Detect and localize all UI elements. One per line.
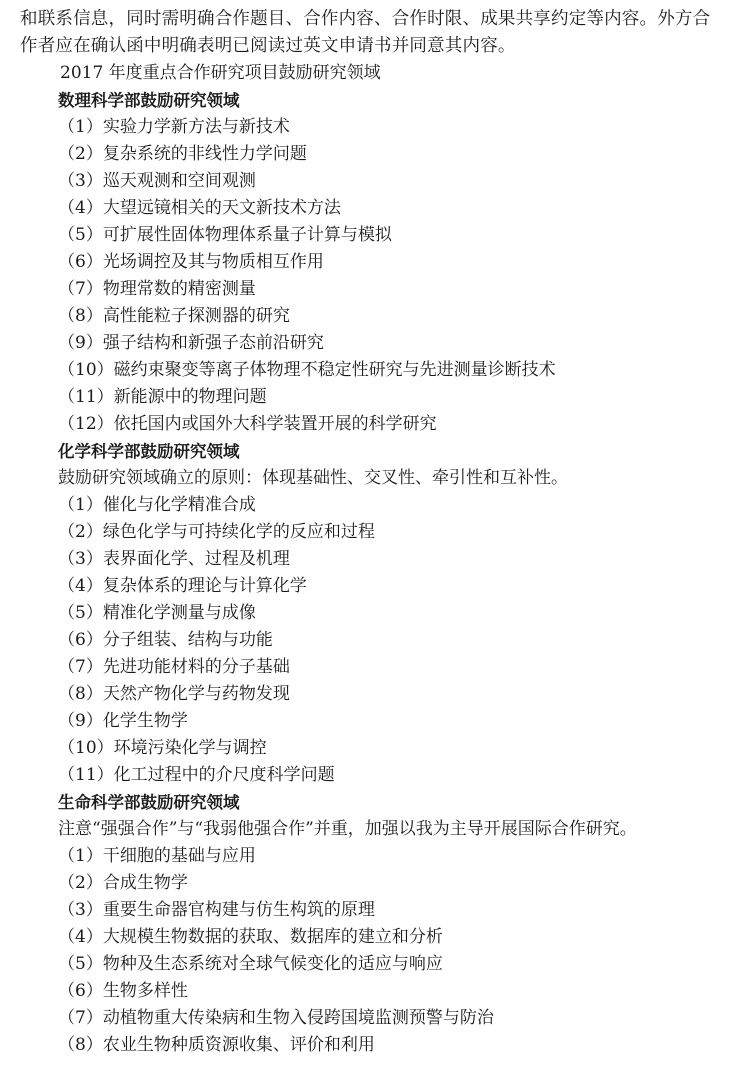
list-item: （2）合成生物学 — [58, 870, 723, 897]
item-number: （1） — [58, 114, 103, 141]
list-item: （1）干细胞的基础与应用 — [58, 843, 723, 870]
item-text: 磁约束聚变等离子体物理不稳定性研究与先进测量诊断技术 — [114, 360, 556, 380]
item-text: 环境污染化学与调控 — [114, 738, 267, 758]
item-text: 催化与化学精准合成 — [103, 495, 256, 515]
list-item: （3）重要生命器官构建与仿生构筑的原理 — [58, 897, 723, 924]
item-number: （5） — [58, 222, 103, 249]
list-item: （8）高性能粒子探测器的研究 — [58, 303, 723, 330]
item-number: （5） — [58, 600, 103, 627]
item-text: 物理常数的精密测量 — [103, 279, 256, 299]
list-item: （5）物种及生态系统对全球气候变化的适应与响应 — [58, 951, 723, 978]
item-number: （2） — [58, 870, 103, 897]
item-number: （5） — [58, 951, 103, 978]
item-number: （6） — [58, 978, 103, 1005]
intro-paragraph: 和联系信息，同时需明确合作题目、合作内容、合作时限、成果共享约定等内容。外方合作… — [20, 6, 720, 60]
item-text: 强子结构和新强子态前沿研究 — [103, 333, 324, 353]
item-text: 复杂系统的非线性力学问题 — [103, 144, 307, 164]
list-item: （11）新能源中的物理问题 — [58, 384, 723, 411]
item-number: （4） — [58, 195, 103, 222]
item-text: 光场调控及其与物质相互作用 — [103, 252, 324, 272]
item-number: （3） — [58, 546, 103, 573]
item-text: 合成生物学 — [103, 873, 188, 893]
item-number: （1） — [58, 843, 103, 870]
list-item: （7）物理常数的精密测量 — [58, 276, 723, 303]
section-chemistry: 化学科学部鼓励研究领域 鼓励研究领域确立的原则：体现基础性、交叉性、牵引性和互补… — [58, 438, 723, 789]
item-text: 精准化学测量与成像 — [103, 603, 256, 623]
item-number: （2） — [58, 141, 103, 168]
item-text: 分子组装、结构与功能 — [103, 630, 273, 650]
list-item: （3）巡天观测和空间观测 — [58, 168, 723, 195]
item-number: （10） — [58, 735, 114, 762]
list-item: （6）分子组装、结构与功能 — [58, 627, 723, 654]
item-text: 大望远镜相关的天文新技术方法 — [103, 198, 341, 218]
document-page: 和联系信息，同时需明确合作题目、合作内容、合作时限、成果共享约定等内容。外方合作… — [0, 0, 730, 1070]
item-number: （6） — [58, 627, 103, 654]
item-number: （1） — [58, 492, 103, 519]
item-text: 新能源中的物理问题 — [114, 387, 267, 407]
list-item: （6）光场调控及其与物质相互作用 — [58, 249, 723, 276]
item-text: 表界面化学、过程及机理 — [103, 549, 290, 569]
list-item: （8）农业生物种质资源收集、评价和利用 — [58, 1032, 723, 1059]
list-item: （11）化工过程中的介尺度科学问题 — [58, 762, 723, 789]
item-number: （7） — [58, 654, 103, 681]
item-number: （12） — [58, 411, 114, 438]
item-text: 绿色化学与可持续化学的反应和过程 — [103, 522, 375, 542]
item-number: （8） — [58, 681, 103, 708]
item-number: （7） — [58, 1005, 103, 1032]
item-text: 实验力学新方法与新技术 — [103, 117, 290, 137]
section-note: 鼓励研究领域确立的原则：体现基础性、交叉性、牵引性和互补性。 — [58, 465, 723, 492]
section-life-sciences: 生命科学部鼓励研究领域 注意“强强合作”与“我弱他强合作”并重，加强以我为主导开… — [58, 789, 723, 1059]
list-item: （6）生物多样性 — [58, 978, 723, 1005]
item-text: 重要生命器官构建与仿生构筑的原理 — [103, 900, 375, 920]
item-text: 巡天观测和空间观测 — [103, 171, 256, 191]
list-item: （9）强子结构和新强子态前沿研究 — [58, 330, 723, 357]
list-item: （2）绿色化学与可持续化学的反应和过程 — [58, 519, 723, 546]
item-number: （6） — [58, 249, 103, 276]
section-heading: 数理科学部鼓励研究领域 — [58, 87, 723, 114]
list-item: （1）催化与化学精准合成 — [58, 492, 723, 519]
item-number: （4） — [58, 573, 103, 600]
section-note: 注意“强强合作”与“我弱他强合作”并重，加强以我为主导开展国际合作研究。 — [58, 816, 723, 843]
list-item: （1）实验力学新方法与新技术 — [58, 114, 723, 141]
document-title: 2017 年度重点合作研究项目鼓励研究领域 — [58, 60, 723, 87]
item-number: （4） — [58, 924, 103, 951]
item-number: （8） — [58, 1032, 103, 1059]
item-text: 可扩展性固体物理体系量子计算与模拟 — [103, 225, 392, 245]
item-number: （11） — [58, 384, 114, 411]
list-item: （7）动植物重大传染病和生物入侵跨国境监测预警与防治 — [58, 1005, 723, 1032]
list-item: （3）表界面化学、过程及机理 — [58, 546, 723, 573]
item-text: 动植物重大传染病和生物入侵跨国境监测预警与防治 — [103, 1008, 494, 1028]
item-number: （7） — [58, 276, 103, 303]
list-item: （4）大规模生物数据的获取、数据库的建立和分析 — [58, 924, 723, 951]
item-text: 化工过程中的介尺度科学问题 — [114, 765, 335, 785]
list-item: （7）先进功能材料的分子基础 — [58, 654, 723, 681]
section-heading: 生命科学部鼓励研究领域 — [58, 789, 723, 816]
list-item: （2）复杂系统的非线性力学问题 — [58, 141, 723, 168]
item-number: （3） — [58, 168, 103, 195]
section-math-physics: 数理科学部鼓励研究领域 （1）实验力学新方法与新技术 （2）复杂系统的非线性力学… — [58, 87, 723, 438]
item-number: （11） — [58, 762, 114, 789]
list-item: （10）环境污染化学与调控 — [58, 735, 723, 762]
document-body: 2017 年度重点合作研究项目鼓励研究领域 数理科学部鼓励研究领域 （1）实验力… — [58, 60, 723, 1059]
item-text: 先进功能材料的分子基础 — [103, 657, 290, 677]
item-number: （9） — [58, 708, 103, 735]
item-number: （9） — [58, 330, 103, 357]
item-text: 大规模生物数据的获取、数据库的建立和分析 — [103, 927, 443, 947]
list-item: （9）化学生物学 — [58, 708, 723, 735]
list-item: （5）精准化学测量与成像 — [58, 600, 723, 627]
list-item: （5）可扩展性固体物理体系量子计算与模拟 — [58, 222, 723, 249]
item-number: （10） — [58, 357, 114, 384]
list-item: （12）依托国内或国外大科学装置开展的科学研究 — [58, 411, 723, 438]
item-text: 化学生物学 — [103, 711, 188, 731]
item-text: 干细胞的基础与应用 — [103, 846, 256, 866]
list-item: （8）天然产物化学与药物发现 — [58, 681, 723, 708]
list-item: （4）大望远镜相关的天文新技术方法 — [58, 195, 723, 222]
section-heading: 化学科学部鼓励研究领域 — [58, 438, 723, 465]
item-number: （3） — [58, 897, 103, 924]
list-item: （4）复杂体系的理论与计算化学 — [58, 573, 723, 600]
item-text: 高性能粒子探测器的研究 — [103, 306, 290, 326]
item-number: （8） — [58, 303, 103, 330]
item-text: 天然产物化学与药物发现 — [103, 684, 290, 704]
item-text: 物种及生态系统对全球气候变化的适应与响应 — [103, 954, 443, 974]
item-text: 复杂体系的理论与计算化学 — [103, 576, 307, 596]
item-number: （2） — [58, 519, 103, 546]
item-text: 农业生物种质资源收集、评价和利用 — [103, 1035, 375, 1055]
item-text: 生物多样性 — [103, 981, 188, 1001]
item-text: 依托国内或国外大科学装置开展的科学研究 — [114, 414, 437, 434]
list-item: （10）磁约束聚变等离子体物理不稳定性研究与先进测量诊断技术 — [58, 357, 723, 384]
